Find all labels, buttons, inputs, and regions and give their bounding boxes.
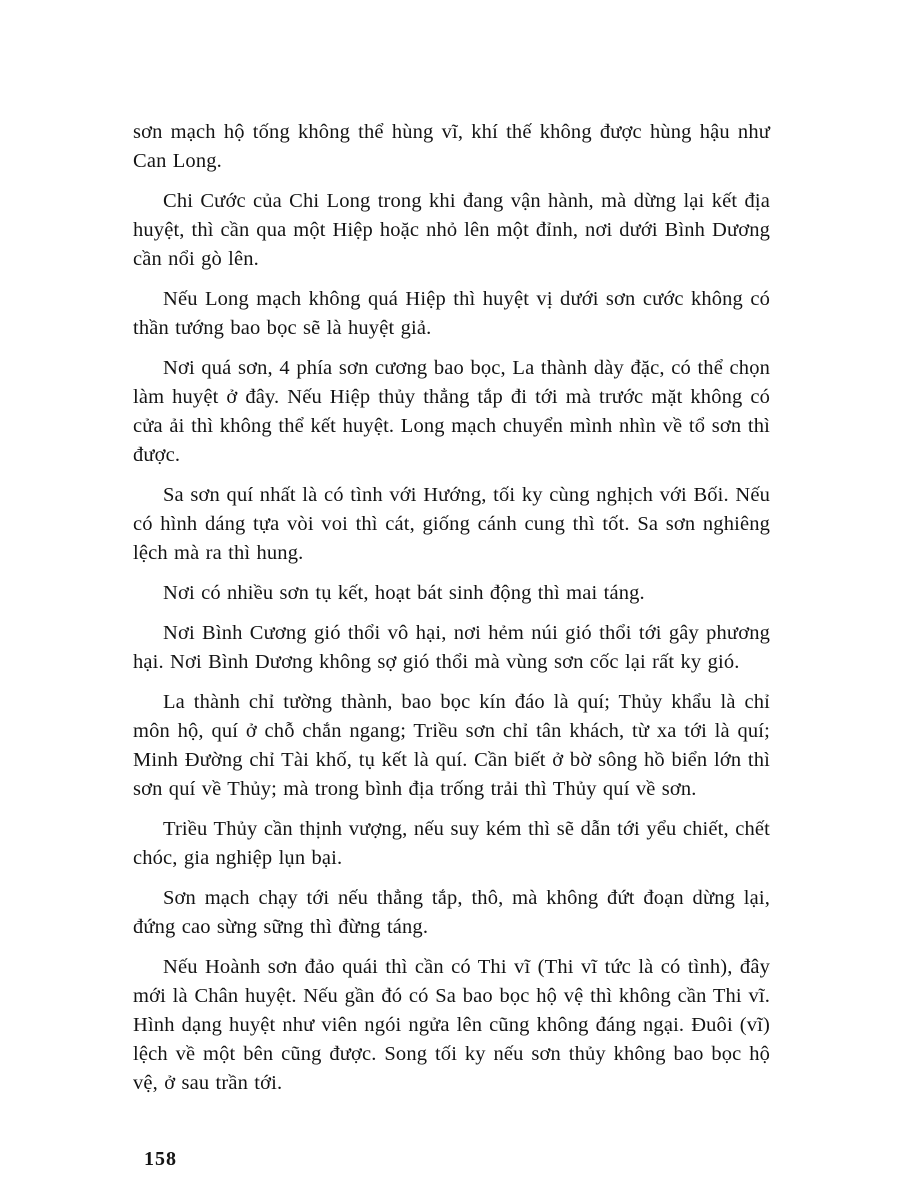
paragraph: Nơi quá sơn, 4 phía sơn cương bao bọc, L…: [133, 354, 770, 470]
paragraph: Triều Thủy cần thịnh vượng, nếu suy kém …: [133, 815, 770, 873]
paragraph-continuation: sơn mạch hộ tống không thể hùng vĩ, khí …: [133, 118, 770, 176]
paragraph: Sơn mạch chạy tới nếu thẳng tắp, thô, mà…: [133, 884, 770, 942]
page-body: sơn mạch hộ tống không thể hùng vĩ, khí …: [133, 118, 770, 1109]
page-number: 158: [144, 1148, 177, 1171]
paragraph: Sa sơn quí nhất là có tình với Hướng, tố…: [133, 481, 770, 568]
paragraph: La thành chỉ tường thành, bao bọc kín đá…: [133, 688, 770, 804]
paragraph: Nếu Hoành sơn đảo quái thì cần có Thi vĩ…: [133, 953, 770, 1098]
paragraph: Nếu Long mạch không quá Hiệp thì huyệt v…: [133, 285, 770, 343]
paragraph: Nơi Bình Cương gió thổi vô hại, nơi hẻm …: [133, 619, 770, 677]
paragraph: Nơi có nhiều sơn tụ kết, hoạt bát sinh đ…: [133, 579, 770, 608]
paragraph: Chi Cước của Chi Long trong khi đang vận…: [133, 187, 770, 274]
